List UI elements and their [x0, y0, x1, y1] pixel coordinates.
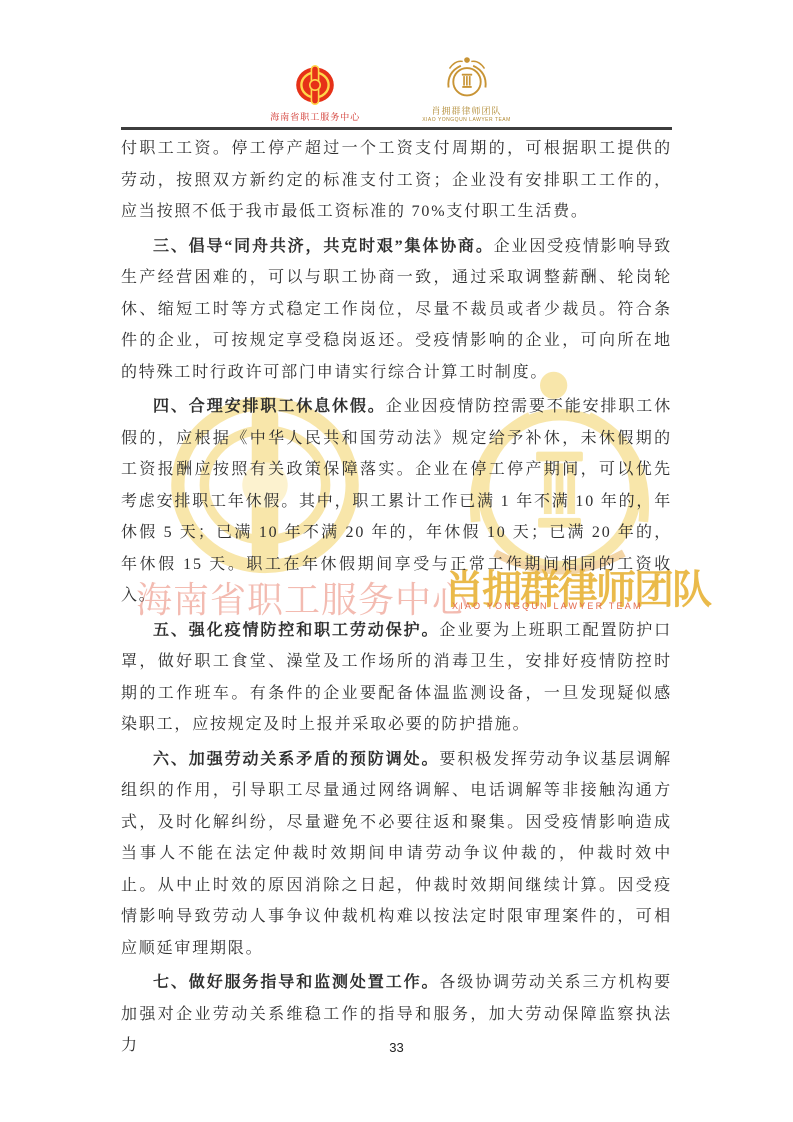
para-lead: 六、加强劳动关系矛盾的预防调处。 — [153, 751, 439, 768]
left-logo: 海南省职工服务中心 — [270, 62, 360, 123]
para-text: 付职工工资。停工停产超过一个工资支付周期的，可根据职工提供的劳动，按照双方新约定… — [121, 140, 672, 220]
para-text: 要积极发挥劳动争议基层调解组织的作用，引导职工尽量通过网络调解、电话调解等非接触… — [121, 751, 672, 957]
para-text: 企业因受疫情影响导致生产经营困难的，可以与职工协商一致，通过采取调整薪酬、轮岗轮… — [121, 238, 672, 381]
document-body: 付职工工资。停工停产超过一个工资支付周期的，可根据职工提供的劳动，按照双方新约定… — [121, 133, 672, 1062]
header: 海南省职工服务中心 — [115, 0, 666, 123]
para-lead: 七、做好服务指导和监测处置工作。 — [153, 974, 439, 991]
lawyer-logo-icon — [441, 54, 493, 102]
left-logo-label: 海南省职工服务中心 — [270, 110, 360, 123]
right-logo: 肖拥群律师团队 XIAO YONGQUN LAWYER TEAM — [422, 54, 511, 123]
union-logo-icon — [295, 62, 335, 108]
para-lead: 四、合理安排职工休息休假。 — [153, 398, 386, 415]
paragraph-continuation: 付职工工资。停工停产超过一个工资支付周期的，可根据职工提供的劳动，按照双方新约定… — [121, 133, 672, 228]
paragraph-3: 三、倡导“同舟共济，共克时艰”集体协商。企业因受疫情影响导致生产经营困难的，可以… — [121, 231, 672, 389]
header-divider — [121, 127, 672, 130]
paragraph-5: 五、强化疫情防控和职工劳动保护。企业要为上班职工配置防护口罩，做好职工食堂、澡堂… — [121, 615, 672, 741]
right-logo-label: 肖拥群律师团队 — [431, 104, 501, 117]
para-lead: 三、倡导“同舟共济，共克时艰”集体协商。 — [153, 238, 494, 255]
page-number: 33 — [0, 1040, 793, 1055]
para-lead: 五、强化疫情防控和职工劳动保护。 — [153, 622, 439, 639]
para-text: 企业因疫情防控需要不能安排职工休假的，应根据《中华人民共和国劳动法》规定给予补休… — [121, 398, 672, 604]
paragraph-6: 六、加强劳动关系矛盾的预防调处。要积极发挥劳动争议基层调解组织的作用，引导职工尽… — [121, 744, 672, 965]
right-logo-sublabel: XIAO YONGQUN LAWYER TEAM — [422, 117, 511, 123]
page-content: 海南省职工服务中心 — [121, 0, 672, 1062]
document-page: 海南省职工服务中心 肖拥群律师团队 XIAO YONGQUN LAWYER TE… — [0, 0, 793, 1122]
paragraph-4: 四、合理安排职工休息休假。企业因疫情防控需要不能安排职工休假的，应根据《中华人民… — [121, 391, 672, 612]
